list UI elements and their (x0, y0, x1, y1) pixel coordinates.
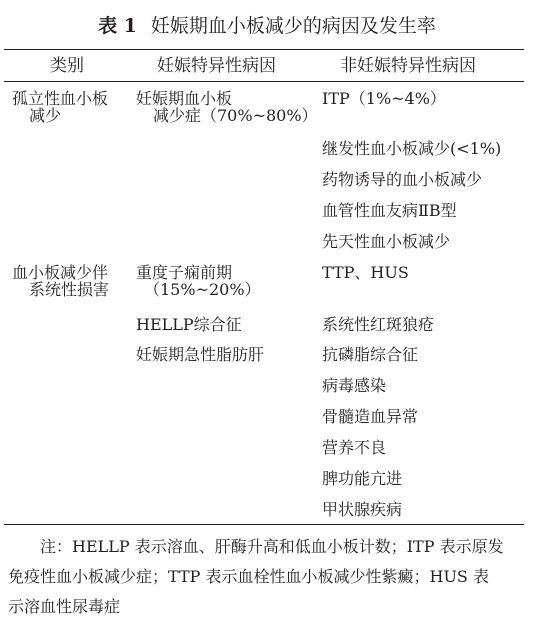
non-pregnancy-cause: 继发性血小板减少(<1%) (322, 140, 501, 157)
category-line: 孤立性血小板 (12, 90, 108, 107)
cause-line: 妊娠期血小板 (136, 90, 318, 107)
bottom-rule (4, 524, 524, 525)
non-pregnancy-cause: TTP、HUS (322, 264, 409, 281)
non-pregnancy-cause: 先天性血小板减少 (322, 233, 450, 250)
non-pregnancy-cause: 营养不良 (322, 439, 386, 456)
cause-line: 减少症（70%~80%） (136, 107, 318, 124)
category-cell: 孤立性血小板 减少 (12, 90, 108, 124)
category-line: 减少 (12, 107, 108, 124)
non-pregnancy-cause: 甲状腺疾病 (322, 501, 402, 518)
header-non-pregnancy-specific: 非妊娠特异性病因 (340, 56, 476, 76)
non-pregnancy-cause: 骨髓造血异常 (322, 408, 418, 425)
header-rule (4, 81, 524, 82)
category-line: 系统性损害 (12, 281, 109, 298)
note-line: 示溶血性尿毒症 (8, 592, 524, 622)
non-pregnancy-cause: 药物诱导的血小板减少 (322, 171, 482, 188)
non-pregnancy-cause: 病毒感染 (322, 377, 386, 394)
non-pregnancy-cause: 血管性血友病ⅡB型 (322, 202, 457, 219)
non-pregnancy-cause: 系统性红斑狼疮 (322, 316, 434, 333)
table-note: 注：HELLP 表示溶血、肝酶升高和低血小板计数；ITP 表示原发 免疫性血小板… (8, 532, 524, 622)
pregnancy-cause-cell: HELLP综合征 (136, 316, 242, 333)
table-caption: 表 1妊娠期血小板减少的病因及发生率 (0, 14, 534, 38)
category-cell: 血小板减少伴 系统性损害 (12, 264, 109, 298)
header-category: 类别 (50, 56, 84, 76)
non-pregnancy-cause: 抗磷脂综合征 (322, 346, 418, 363)
pregnancy-cause-cell: 妊娠期急性脂肪肝 (136, 346, 264, 363)
non-pregnancy-cause: 脾功能亢进 (322, 470, 402, 487)
cause-line: 重度子痫前期 (136, 264, 261, 281)
top-rule (4, 49, 524, 50)
cause-line: （15%~20%） (136, 281, 261, 298)
table-title: 妊娠期血小板减少的病因及发生率 (151, 15, 436, 37)
note-line: 免疫性血小板减少症；TTP 表示血栓性血小板减少性紫癜；HUS 表 (8, 562, 524, 592)
pregnancy-cause-cell: 妊娠期血小板 减少症（70%~80%） (136, 90, 318, 124)
table-number: 表 1 (98, 15, 137, 37)
pregnancy-cause-cell: 重度子痫前期 （15%~20%） (136, 264, 261, 298)
note-line: 注：HELLP 表示溶血、肝酶升高和低血小板计数；ITP 表示原发 (8, 532, 524, 562)
header-pregnancy-specific: 妊娠特异性病因 (157, 56, 276, 76)
non-pregnancy-cause: ITP（1%~4%） (322, 90, 446, 107)
category-line: 血小板减少伴 (12, 264, 109, 281)
